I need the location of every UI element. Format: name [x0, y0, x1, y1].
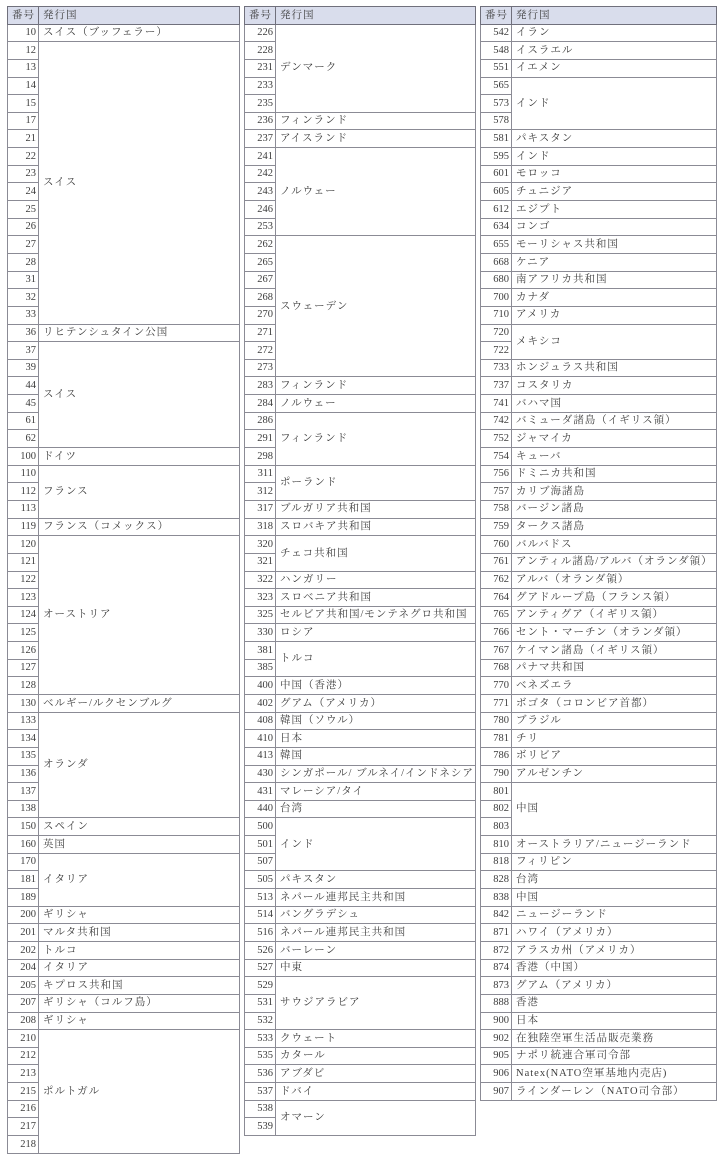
number-cell: 270: [245, 306, 276, 324]
number-cell: 680: [481, 271, 512, 289]
table-row: 874香港（中国）: [481, 959, 717, 977]
number-cell: 45: [8, 395, 39, 413]
country-cell: ポーランド: [276, 465, 476, 500]
country-cell: バルバドス: [512, 536, 717, 554]
country-header-cell: 発行国: [39, 7, 240, 25]
number-cell: 810: [481, 836, 512, 854]
number-cell: 265: [245, 253, 276, 271]
country-cell: イエメン: [512, 59, 717, 77]
number-cell: 233: [245, 77, 276, 95]
header-row: 番号発行国: [8, 7, 240, 25]
number-cell: 36: [8, 324, 39, 342]
number-cell: 321: [245, 553, 276, 571]
country-cell: エジプト: [512, 201, 717, 219]
number-cell: 110: [8, 465, 39, 483]
country-cell: アンティル諸島/アルバ（オランダ領）: [512, 553, 717, 571]
number-cell: 135: [8, 747, 39, 765]
table-row: 720メキシコ: [481, 324, 717, 342]
country-cell: アメリカ: [512, 306, 717, 324]
table-row: 907ラインダーレン（NATO司令部）: [481, 1083, 717, 1101]
number-cell: 668: [481, 253, 512, 271]
country-cell: ギリシャ: [39, 1012, 240, 1030]
table-row: 770ベネズエラ: [481, 677, 717, 695]
number-cell: 818: [481, 853, 512, 871]
number-cell: 25: [8, 201, 39, 219]
number-cell: 24: [8, 183, 39, 201]
country-cell: グアム（アメリカ）: [276, 694, 476, 712]
table-row: 208ギリシャ: [8, 1012, 240, 1030]
table-row: 100ドイツ: [8, 448, 240, 466]
number-cell: 548: [481, 42, 512, 60]
country-cell: 台湾: [276, 800, 476, 818]
number-cell: 551: [481, 59, 512, 77]
number-cell: 767: [481, 642, 512, 660]
table-row: 236フィンランド: [245, 112, 476, 130]
number-cell: 780: [481, 712, 512, 730]
table-row: 410日本: [245, 730, 476, 748]
number-cell: 150: [8, 818, 39, 836]
number-cell: 138: [8, 800, 39, 818]
country-cell: カリブ海諸島: [512, 483, 717, 501]
country-cell: スイス（ブッフェラー）: [39, 24, 240, 42]
table-row: 226デンマーク: [245, 24, 476, 42]
number-cell: 39: [8, 359, 39, 377]
number-cell: 311: [245, 465, 276, 483]
number-cell: 204: [8, 959, 39, 977]
issuing-country-table-right: 番号発行国542イラン548イスラエル551イエメン565インド57357858…: [480, 6, 717, 1101]
country-cell: チリ: [512, 730, 717, 748]
country-cell: ギリシャ: [39, 906, 240, 924]
table-row: 828台湾: [481, 871, 717, 889]
table-row: 542イラン: [481, 24, 717, 42]
table-row: 36リヒテンシュタイン公国: [8, 324, 240, 342]
number-cell: 513: [245, 889, 276, 907]
country-cell: アブダビ: [276, 1065, 476, 1083]
country-cell: イスラエル: [512, 42, 717, 60]
number-cell: 231: [245, 59, 276, 77]
country-cell: イラン: [512, 24, 717, 42]
table-row: 742バミューダ諸島（イギリス領）: [481, 412, 717, 430]
number-cell: 215: [8, 1083, 39, 1101]
table-row: 402グアム（アメリカ）: [245, 694, 476, 712]
number-cell: 531: [245, 994, 276, 1012]
number-cell: 872: [481, 941, 512, 959]
number-cell: 320: [245, 536, 276, 554]
table-row: 760バルバドス: [481, 536, 717, 554]
table-row: 533クウェート: [245, 1030, 476, 1048]
country-cell: 日本: [512, 1012, 717, 1030]
country-cell: キプロス共和国: [39, 977, 240, 995]
table-row: 311ポーランド: [245, 465, 476, 483]
table-row: 526バーレーン: [245, 941, 476, 959]
number-cell: 17: [8, 112, 39, 130]
table-row: 668ケニア: [481, 253, 717, 271]
table-row: 440台湾: [245, 800, 476, 818]
country-cell: ホンジュラス共和国: [512, 359, 717, 377]
country-cell: ボゴタ（コロンビア首都）: [512, 694, 717, 712]
number-cell: 246: [245, 201, 276, 219]
number-cell: 507: [245, 853, 276, 871]
country-cell: ポルトガル: [39, 1030, 240, 1153]
number-cell: 761: [481, 553, 512, 571]
country-cell: フランス: [39, 465, 240, 518]
table-row: 780ブラジル: [481, 712, 717, 730]
country-cell: 香港（中国）: [512, 959, 717, 977]
number-cell: 902: [481, 1030, 512, 1048]
country-cell: グアム（アメリカ）: [512, 977, 717, 995]
number-cell: 15: [8, 95, 39, 113]
table-row: 322ハンガリー: [245, 571, 476, 589]
number-cell: 213: [8, 1065, 39, 1083]
table-row: 605チュニジア: [481, 183, 717, 201]
country-cell: セント・マーチン（オランダ領）: [512, 624, 717, 642]
number-cell: 874: [481, 959, 512, 977]
number-cell: 14: [8, 77, 39, 95]
country-cell: ボリビア: [512, 747, 717, 765]
number-cell: 31: [8, 271, 39, 289]
table-row: 500インド: [245, 818, 476, 836]
table-row: 318スロバキア共和国: [245, 518, 476, 536]
table-row: 262スウェーデン: [245, 236, 476, 254]
table-row: 766セント・マーチン（オランダ領）: [481, 624, 717, 642]
number-cell: 323: [245, 589, 276, 607]
table-row: 204イタリア: [8, 959, 240, 977]
number-cell: 322: [245, 571, 276, 589]
table-row: 790アルゼンチン: [481, 765, 717, 783]
number-cell: 181: [8, 871, 39, 889]
number-cell: 742: [481, 412, 512, 430]
table-row: 120オーストリア: [8, 536, 240, 554]
number-cell: 771: [481, 694, 512, 712]
country-header-cell: 発行国: [276, 7, 476, 25]
number-cell: 760: [481, 536, 512, 554]
table-row: 818フィリピン: [481, 853, 717, 871]
number-cell: 527: [245, 959, 276, 977]
country-cell: フィンランド: [276, 112, 476, 130]
number-cell: 243: [245, 183, 276, 201]
number-cell: 873: [481, 977, 512, 995]
country-cell: インド: [512, 148, 717, 166]
number-cell: 128: [8, 677, 39, 695]
number-cell: 253: [245, 218, 276, 236]
country-cell: モーリシャス共和国: [512, 236, 717, 254]
number-cell: 802: [481, 800, 512, 818]
table-row: 130ベルギー/ルクセンブルグ: [8, 694, 240, 712]
country-cell: ノルウェー: [276, 395, 476, 413]
table-row: 237アイスランド: [245, 130, 476, 148]
table-row: 110フランス: [8, 465, 240, 483]
number-cell: 216: [8, 1100, 39, 1118]
number-cell: 722: [481, 342, 512, 360]
table-row: 325セルビア共和国/モンテネグロ共和国: [245, 606, 476, 624]
country-cell: 中国: [512, 783, 717, 836]
country-cell: 香港: [512, 994, 717, 1012]
number-cell: 578: [481, 112, 512, 130]
country-cell: バングラデシュ: [276, 906, 476, 924]
table-row: 201マルタ共和国: [8, 924, 240, 942]
number-cell: 127: [8, 659, 39, 677]
table-row: 906Natex(NATO空軍基地内売店): [481, 1065, 717, 1083]
number-cell: 268: [245, 289, 276, 307]
table-row: 752ジャマイカ: [481, 430, 717, 448]
table-row: 330ロシア: [245, 624, 476, 642]
number-cell: 505: [245, 871, 276, 889]
table-row: 838中国: [481, 889, 717, 907]
table-row: 700カナダ: [481, 289, 717, 307]
number-cell: 605: [481, 183, 512, 201]
number-cell: 764: [481, 589, 512, 607]
table-row: 408韓国（ソウル）: [245, 712, 476, 730]
number-cell: 272: [245, 342, 276, 360]
number-cell: 200: [8, 906, 39, 924]
country-cell: トルコ: [276, 642, 476, 677]
table-row: 317ブルガリア共和国: [245, 500, 476, 518]
number-cell: 634: [481, 218, 512, 236]
table-row: 872アラスカ州（アメリカ）: [481, 941, 717, 959]
country-cell: ラインダーレン（NATO司令部）: [512, 1083, 717, 1101]
table-row: 601モロッコ: [481, 165, 717, 183]
country-cell: スペイン: [39, 818, 240, 836]
table-row: 759タークス諸島: [481, 518, 717, 536]
number-cell: 125: [8, 624, 39, 642]
number-cell: 537: [245, 1083, 276, 1101]
table-row: 871ハワイ（アメリカ）: [481, 924, 717, 942]
number-cell: 44: [8, 377, 39, 395]
number-cell: 408: [245, 712, 276, 730]
country-cell: 中東: [276, 959, 476, 977]
table-row: 10スイス（ブッフェラー）: [8, 24, 240, 42]
country-cell: ケイマン諸島（イギリス領）: [512, 642, 717, 660]
number-cell: 123: [8, 589, 39, 607]
table-row: 888香港: [481, 994, 717, 1012]
table-row: 905ナポリ統連合軍司令部: [481, 1047, 717, 1065]
table-row: 733ホンジュラス共和国: [481, 359, 717, 377]
number-cell: 13: [8, 59, 39, 77]
table-row: 323スロベニア共和国: [245, 589, 476, 607]
number-cell: 130: [8, 694, 39, 712]
number-cell: 120: [8, 536, 39, 554]
country-cell: カタール: [276, 1047, 476, 1065]
number-cell: 754: [481, 448, 512, 466]
number-cell: 581: [481, 130, 512, 148]
country-cell: オランダ: [39, 712, 240, 818]
number-cell: 905: [481, 1047, 512, 1065]
country-cell: ハワイ（アメリカ）: [512, 924, 717, 942]
table-row: 595インド: [481, 148, 717, 166]
number-cell: 137: [8, 783, 39, 801]
country-cell: イタリア: [39, 959, 240, 977]
number-cell: 538: [245, 1100, 276, 1118]
country-cell: ブルガリア共和国: [276, 500, 476, 518]
country-cell: カナダ: [512, 289, 717, 307]
country-cell: シンガポール/ ブルネイ/インドネシア: [276, 765, 476, 783]
country-cell: インド: [276, 818, 476, 871]
number-cell: 12: [8, 42, 39, 60]
number-cell: 122: [8, 571, 39, 589]
number-cell: 385: [245, 659, 276, 677]
number-cell: 431: [245, 783, 276, 801]
number-cell: 217: [8, 1118, 39, 1136]
number-cell: 235: [245, 95, 276, 113]
country-cell: ドイツ: [39, 448, 240, 466]
number-cell: 21: [8, 130, 39, 148]
number-cell: 271: [245, 324, 276, 342]
country-cell: パキスタン: [512, 130, 717, 148]
table-row: 12スイス: [8, 42, 240, 60]
country-cell: フィリピン: [512, 853, 717, 871]
number-cell: 733: [481, 359, 512, 377]
number-cell: 526: [245, 941, 276, 959]
table-row: 207ギリシャ（コルフ島）: [8, 994, 240, 1012]
number-cell: 121: [8, 553, 39, 571]
number-cell: 112: [8, 483, 39, 501]
country-cell: フィンランド: [276, 412, 476, 465]
number-cell: 402: [245, 694, 276, 712]
number-cell: 201: [8, 924, 39, 942]
number-cell: 212: [8, 1047, 39, 1065]
number-cell: 514: [245, 906, 276, 924]
table-row: 761アンティル諸島/アルバ（オランダ領）: [481, 553, 717, 571]
table-row: 284ノルウェー: [245, 395, 476, 413]
number-cell: 539: [245, 1118, 276, 1136]
header-row: 番号発行国: [481, 7, 717, 25]
country-cell: インド: [512, 77, 717, 130]
table-row: 634コンゴ: [481, 218, 717, 236]
number-cell: 37: [8, 342, 39, 360]
number-cell: 318: [245, 518, 276, 536]
number-cell: 27: [8, 236, 39, 254]
country-cell: スロバキア共和国: [276, 518, 476, 536]
number-cell: 542: [481, 24, 512, 42]
number-cell: 330: [245, 624, 276, 642]
table-row: 537ドバイ: [245, 1083, 476, 1101]
number-cell: 801: [481, 783, 512, 801]
country-cell: オマーン: [276, 1100, 476, 1135]
country-cell: ニュージーランド: [512, 906, 717, 924]
table-row: 37スイス: [8, 342, 240, 360]
table-row: 527中東: [245, 959, 476, 977]
table-row: 205キプロス共和国: [8, 977, 240, 995]
table-row: 551イエメン: [481, 59, 717, 77]
number-cell: 236: [245, 112, 276, 130]
number-cell: 516: [245, 924, 276, 942]
table-row: 286フィンランド: [245, 412, 476, 430]
number-cell: 298: [245, 448, 276, 466]
number-cell: 766: [481, 624, 512, 642]
number-cell: 170: [8, 853, 39, 871]
number-cell: 119: [8, 518, 39, 536]
country-cell: ドバイ: [276, 1083, 476, 1101]
number-cell: 10: [8, 24, 39, 42]
table-row: 150スペイン: [8, 818, 240, 836]
number-cell: 228: [245, 42, 276, 60]
number-cell: 133: [8, 712, 39, 730]
country-cell: リヒテンシュタイン公国: [39, 324, 240, 342]
number-cell: 529: [245, 977, 276, 995]
country-cell: セルビア共和国/モンテネグロ共和国: [276, 606, 476, 624]
country-cell: ネパール連邦民主共和国: [276, 924, 476, 942]
number-cell: 210: [8, 1030, 39, 1048]
number-cell: 430: [245, 765, 276, 783]
country-cell: グアドループ島（フランス領）: [512, 589, 717, 607]
country-cell: 韓国（ソウル）: [276, 712, 476, 730]
number-cell: 189: [8, 889, 39, 907]
number-cell: 573: [481, 95, 512, 113]
number-cell: 700: [481, 289, 512, 307]
number-cell: 565: [481, 77, 512, 95]
country-cell: Natex(NATO空軍基地内売店): [512, 1065, 717, 1083]
number-cell: 757: [481, 483, 512, 501]
number-cell: 768: [481, 659, 512, 677]
country-cell: ブラジル: [512, 712, 717, 730]
number-cell: 33: [8, 306, 39, 324]
number-cell: 22: [8, 148, 39, 166]
country-cell: メキシコ: [512, 324, 717, 359]
table-row: 756ドミニカ共和国: [481, 465, 717, 483]
number-cell: 26: [8, 218, 39, 236]
table-row: 757カリブ海諸島: [481, 483, 717, 501]
table-row: 536アブダビ: [245, 1065, 476, 1083]
number-cell: 756: [481, 465, 512, 483]
table-row: 771ボゴタ（コロンビア首都）: [481, 694, 717, 712]
table-row: 765アンティグア（イギリス領）: [481, 606, 717, 624]
number-cell: 237: [245, 130, 276, 148]
country-cell: モロッコ: [512, 165, 717, 183]
country-cell: ケニア: [512, 253, 717, 271]
country-cell: チュニジア: [512, 183, 717, 201]
table-row: 210ポルトガル: [8, 1030, 240, 1048]
table-row: 133オランダ: [8, 712, 240, 730]
country-cell: キューバ: [512, 448, 717, 466]
table-row: 202トルコ: [8, 941, 240, 959]
table-row: 741バハマ国: [481, 395, 717, 413]
table-row: 538オマーン: [245, 1100, 476, 1118]
number-cell: 752: [481, 430, 512, 448]
table-row: 758バージン諸島: [481, 500, 717, 518]
country-cell: ベネズエラ: [512, 677, 717, 695]
number-cell: 871: [481, 924, 512, 942]
table-row: 786ボリビア: [481, 747, 717, 765]
table-row: 431マレーシア/タイ: [245, 783, 476, 801]
country-cell: 台湾: [512, 871, 717, 889]
number-cell: 612: [481, 201, 512, 219]
number-cell: 536: [245, 1065, 276, 1083]
number-cell: 273: [245, 359, 276, 377]
country-cell: スウェーデン: [276, 236, 476, 377]
country-cell: フィンランド: [276, 377, 476, 395]
table-row: 514バングラデシュ: [245, 906, 476, 924]
number-cell: 762: [481, 571, 512, 589]
table-row: 900日本: [481, 1012, 717, 1030]
table-row: 873グアム（アメリカ）: [481, 977, 717, 995]
number-cell: 241: [245, 148, 276, 166]
number-cell: 62: [8, 430, 39, 448]
number-cell: 710: [481, 306, 512, 324]
number-cell: 381: [245, 642, 276, 660]
number-header-cell: 番号: [481, 7, 512, 25]
country-cell: ジャマイカ: [512, 430, 717, 448]
country-cell: ネパール連邦民主共和国: [276, 889, 476, 907]
number-cell: 595: [481, 148, 512, 166]
table-row: 160英国: [8, 836, 240, 854]
table-row: 581パキスタン: [481, 130, 717, 148]
country-cell: パナマ共和国: [512, 659, 717, 677]
country-cell: 日本: [276, 730, 476, 748]
country-cell: バーレーン: [276, 941, 476, 959]
table-row: 842ニュージーランド: [481, 906, 717, 924]
number-cell: 113: [8, 500, 39, 518]
table-row: 400中国（香港）: [245, 677, 476, 695]
